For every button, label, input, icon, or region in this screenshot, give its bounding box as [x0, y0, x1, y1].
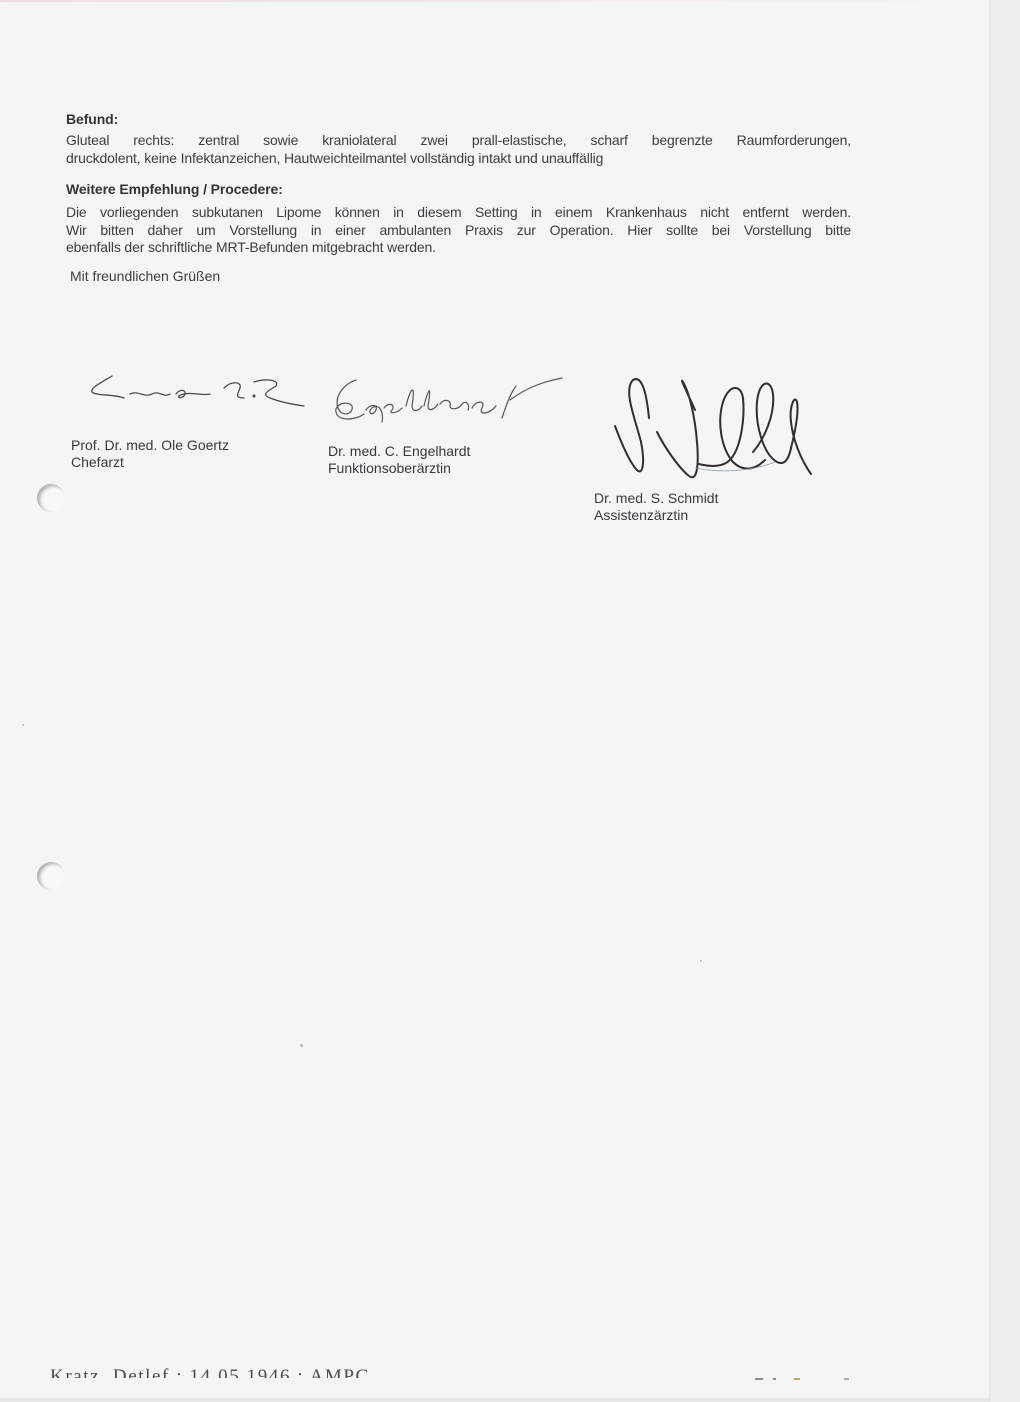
empfehlung-line: Wir bitten daher um Vorstellung in einer…	[66, 222, 851, 240]
footer-patient-line: Kratz, Detlef ; 14.05.1946 ; AMPC	[50, 1363, 370, 1378]
signer-name: Dr. med. S. Schmidt	[594, 490, 718, 507]
paper-speck	[700, 960, 702, 962]
signer-role: Funktionsoberärztin	[328, 460, 470, 477]
punch-hole-icon	[37, 862, 65, 890]
paper-speck	[300, 1044, 303, 1047]
document-page: Befund: Gluteal rechts: zentral sowie kr…	[0, 0, 990, 1402]
befund-heading: Befund:	[66, 111, 118, 127]
punch-hole-icon	[37, 484, 65, 512]
scan-margin	[990, 0, 1020, 1402]
empfehlung-heading: Weitere Empfehlung / Procedere:	[66, 181, 283, 197]
signer-goertz: Prof. Dr. med. Ole Goertz Chefarzt	[71, 437, 229, 471]
signer-name: Prof. Dr. med. Ole Goertz	[71, 437, 229, 454]
signer-role: Assistenzärztin	[594, 507, 718, 524]
signature-goertz-icon	[84, 368, 314, 428]
empfehlung-text: Die vorliegenden subkutanen Lipome könne…	[66, 204, 851, 257]
signature-engelhardt-icon	[326, 370, 566, 430]
signer-name: Dr. med. C. Engelhardt	[328, 443, 470, 460]
paper-speck	[22, 724, 24, 726]
befund-text: Gluteal rechts: zentral sowie kraniolate…	[66, 132, 851, 167]
empfehlung-line: ebenfalls der schriftliche MRT-Befunden …	[66, 239, 851, 257]
scan-bottom-edge	[0, 1398, 989, 1402]
signer-schmidt: Dr. med. S. Schmidt Assistenzärztin	[594, 490, 718, 524]
signature-schmidt-icon	[605, 372, 820, 482]
befund-line: druckdolent, keine Infektanzeichen, Haut…	[66, 150, 851, 168]
signer-role: Chefarzt	[71, 454, 229, 471]
empfehlung-line: Die vorliegenden subkutanen Lipome könne…	[66, 204, 851, 222]
signer-engelhardt: Dr. med. C. Engelhardt Funktionsoberärzt…	[328, 443, 470, 477]
closing-greeting: Mit freundlichen Grüßen	[70, 268, 220, 284]
befund-line: Gluteal rechts: zentral sowie kraniolate…	[66, 132, 851, 150]
